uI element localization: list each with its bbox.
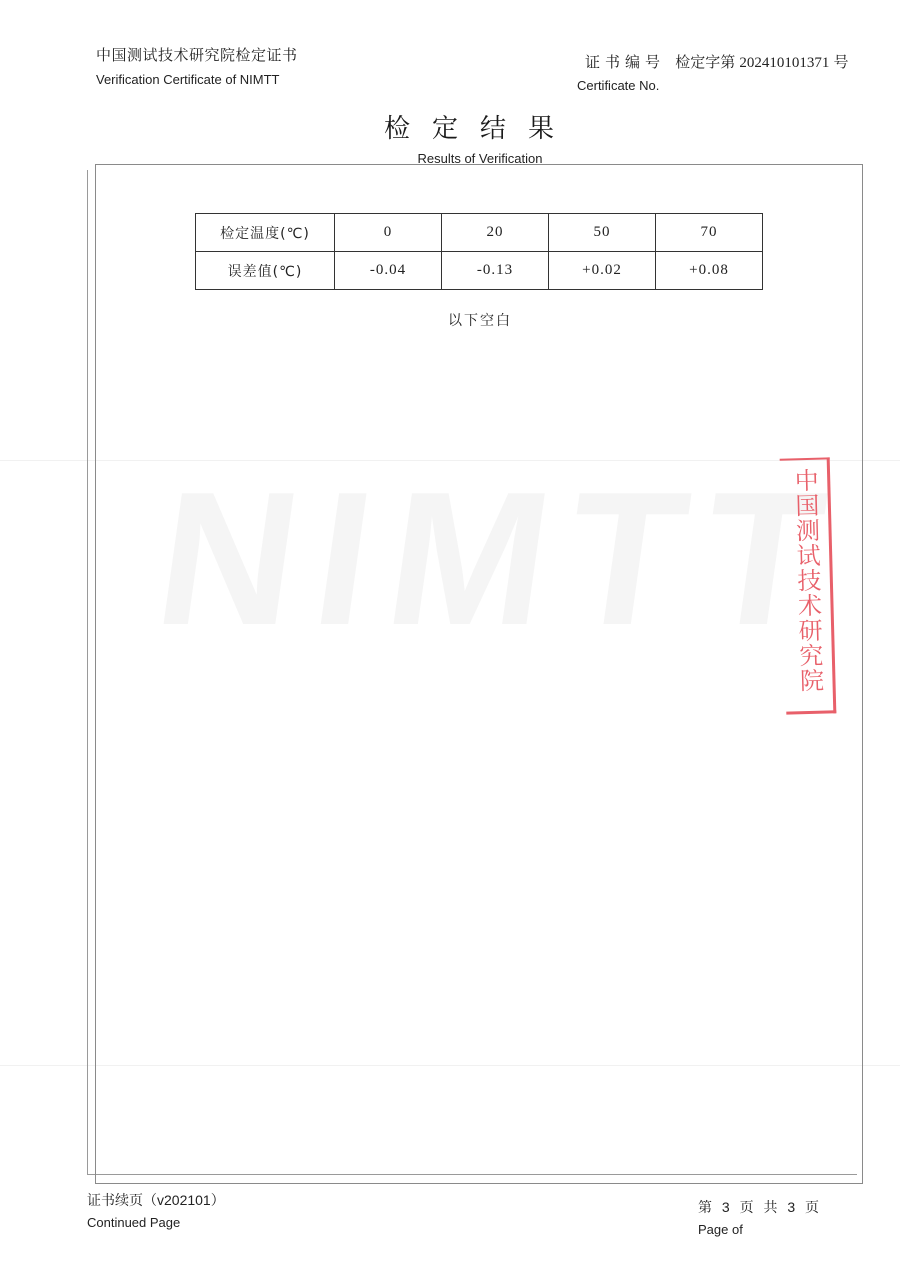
certificate-prefix: 检定字第 bbox=[675, 54, 735, 71]
certificate-number: 202410101371 bbox=[739, 55, 829, 71]
error-cell: +0.08 bbox=[656, 252, 763, 290]
page-indicator-cn: 第 3 页 共 3 页 bbox=[698, 1197, 822, 1217]
continued-page-label-cn: 证书续页（v202101） bbox=[87, 1190, 225, 1210]
error-cell: -0.04 bbox=[335, 252, 442, 290]
watermark-logo: NIMTT bbox=[145, 450, 856, 668]
certificate-number-label-en: Certificate No. bbox=[577, 78, 659, 93]
error-cell: -0.13 bbox=[442, 252, 549, 290]
institute-name-cn: 中国测试技术研究院检定证书 bbox=[96, 44, 298, 65]
error-cell: +0.02 bbox=[549, 252, 656, 290]
certificate-number-label: 证书编号 bbox=[585, 54, 665, 71]
results-table: 检定温度(℃) 0 20 50 70 误差值(℃) -0.04 -0.13 +0… bbox=[195, 213, 763, 290]
blank-below-note: 以下空白 bbox=[0, 310, 900, 330]
page-title: 检定结果 bbox=[0, 108, 900, 145]
certificate-number-row: 证书编号 检定字第 202410101371 号 bbox=[585, 51, 849, 72]
official-seal-stamp: 中国测试技术研究院 bbox=[780, 457, 837, 714]
temperature-cell: 0 bbox=[335, 214, 442, 252]
stamp-text: 中国测试技术研究院 bbox=[786, 468, 828, 694]
row-header-temperature: 检定温度(℃) bbox=[196, 214, 335, 252]
certificate-suffix: 号 bbox=[834, 54, 849, 71]
continued-page-label-en: Continued Page bbox=[87, 1215, 180, 1230]
table-row: 误差值(℃) -0.04 -0.13 +0.02 +0.08 bbox=[196, 252, 763, 290]
institute-name-en: Verification Certificate of NIMTT bbox=[96, 72, 280, 87]
page-indicator-en: Page of bbox=[698, 1222, 743, 1237]
temperature-cell: 20 bbox=[442, 214, 549, 252]
table-row: 检定温度(℃) 0 20 50 70 bbox=[196, 214, 763, 252]
row-header-error: 误差值(℃) bbox=[196, 252, 335, 290]
temperature-cell: 70 bbox=[656, 214, 763, 252]
temperature-cell: 50 bbox=[549, 214, 656, 252]
